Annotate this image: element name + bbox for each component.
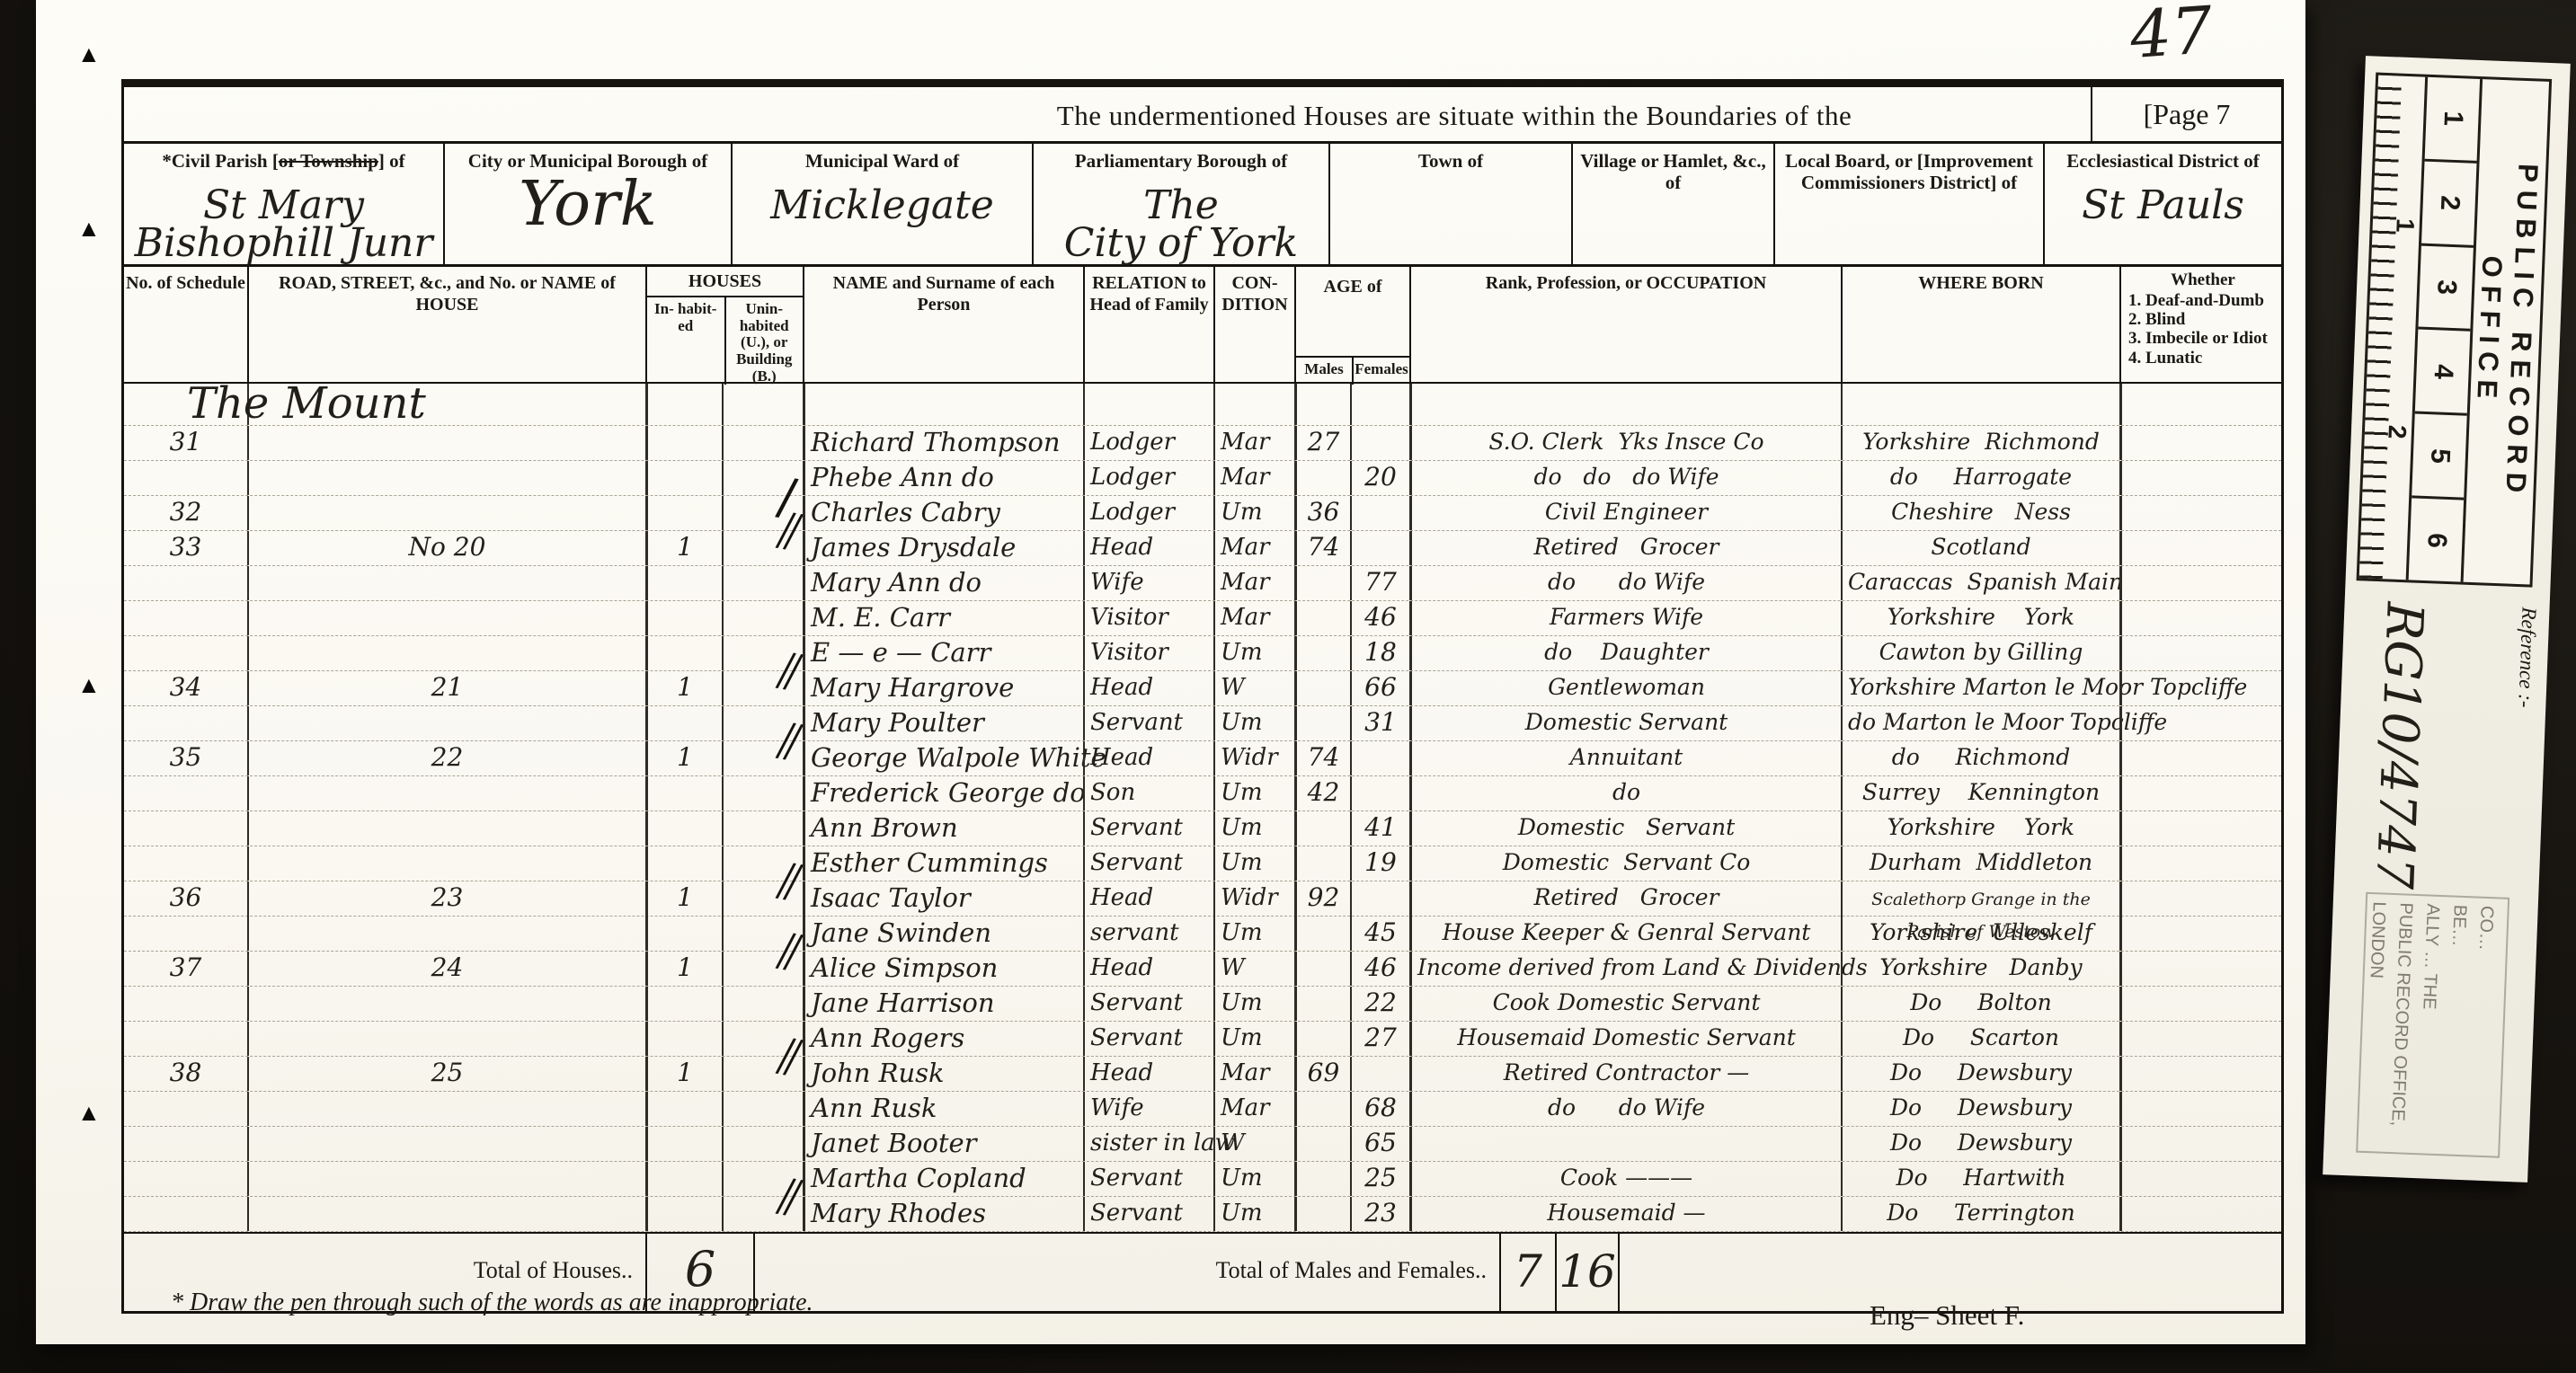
cell-infirmity (2119, 952, 2281, 986)
total-females-value: 16 (1555, 1234, 1618, 1311)
table-row: Ann Rogers Servant Um 27 Housemaid Domes… (124, 1022, 2281, 1057)
cell-occupation: Annuitant (1409, 741, 1841, 775)
table-row: 35 22 1 George Walpole White⫽ Head Widr … (124, 741, 2281, 776)
cell-age-female: 41 (1350, 811, 1409, 846)
cell-relation: Wife (1083, 566, 1213, 600)
total-males-value: 7 (1499, 1234, 1555, 1311)
ruler-number: 6 (2421, 532, 2452, 548)
cell-occupation: Retired Contractor — (1409, 1057, 1841, 1091)
cell-age-female: 22 (1350, 987, 1409, 1021)
district-value: St Pauls (2045, 187, 2281, 225)
cell-occupation: House Keeper & Genral Servant (1409, 917, 1841, 951)
cell-occupation: do do Wife (1409, 1092, 1841, 1126)
cell-born: do Harrogate (1841, 461, 2119, 495)
cell-house (247, 636, 645, 670)
cell-condition: Um (1213, 496, 1294, 530)
cell-occupation: Farmers Wife (1409, 601, 1841, 635)
cell-occupation: Domestic Servant (1409, 706, 1841, 740)
cell-occupation: Domestic Servant Co (1409, 846, 1841, 881)
cell-house: 22 (247, 741, 645, 775)
cell-born: Caraccas Spanish Main (1841, 566, 2119, 600)
cell-age-female (1350, 1057, 1409, 1091)
cell-infirmity (2119, 426, 2281, 460)
cell-name: Martha Copland (803, 1162, 1083, 1196)
cell-schedule: 38 (124, 1057, 247, 1091)
cell-born: do Marton le Moor Topcliffe (1841, 706, 2119, 740)
cell-infirmity (2119, 1092, 2281, 1126)
ruler: 12 123456 PUBLIC RECORD OFFICE (2357, 73, 2553, 588)
cell-occupation: Retired Grocer (1409, 531, 1841, 565)
cell-age-male: 74 (1294, 741, 1350, 775)
district-field: Ecclesiastical District ofSt Pauls (2043, 144, 2281, 264)
cell-inhabited: 1 (645, 952, 722, 986)
cell-relation: Lodger (1083, 426, 1213, 460)
cell-relation: Visitor (1083, 601, 1213, 635)
cell-house (247, 601, 645, 635)
cell-name: James Drysdale⫽ (803, 531, 1083, 565)
cell-condition: Um (1213, 1022, 1294, 1056)
reference-number: RG10/4747 (2364, 601, 2433, 890)
margin-arrow-icon: ▲ (77, 674, 101, 697)
street-name: The Mount (187, 378, 426, 429)
sheet-label: Eng– Sheet F. (1870, 1299, 2024, 1332)
cell-house (247, 846, 645, 881)
cell-inhabited: 1 (645, 1057, 722, 1091)
infirmity-item: 2. Blind (2128, 310, 2278, 329)
margin-arrow-icon: ▲ (77, 43, 101, 66)
cell-relation: Head (1083, 952, 1213, 986)
cell-age-male (1294, 706, 1350, 740)
cell-condition: Mar (1213, 566, 1294, 600)
cell-schedule (124, 1022, 247, 1056)
cell-inhabited: 1 (645, 531, 722, 565)
cell-name: Mary Rhodes⫽ (803, 1197, 1083, 1231)
table-row: E — e — Carr Visitor Um 18 do Daughter C… (124, 636, 2281, 671)
cell-infirmity (2119, 1197, 2281, 1231)
cell-age-male (1294, 1022, 1350, 1056)
col-header-inhabited: In- habit- ed (647, 297, 724, 385)
table-row: 34 21 1 Mary Hargrove⫽ Head W 66 Gentlew… (124, 671, 2281, 706)
cell-house (247, 987, 645, 1021)
cell-infirmity (2119, 636, 2281, 670)
scanned-census-photograph: 47 The undermentioned Houses are situate… (0, 0, 2576, 1373)
reference-label: Reference :- (2513, 607, 2540, 708)
cell-house (247, 776, 645, 811)
cell-age-male (1294, 671, 1350, 705)
cell-condition: Um (1213, 706, 1294, 740)
cell-age-male: 69 (1294, 1057, 1350, 1091)
cell-name: E — e — Carr (803, 636, 1083, 670)
cell-inhabited (645, 706, 722, 740)
cell-relation: Head (1083, 531, 1213, 565)
cell-condition: Mar (1213, 531, 1294, 565)
cell-age-female: 25 (1350, 1162, 1409, 1196)
cell-name: Ann Brown (803, 811, 1083, 846)
cell-relation: Servant (1083, 987, 1213, 1021)
cell-age-female (1350, 531, 1409, 565)
cell-inhabited (645, 1197, 722, 1231)
cell-name: Richard Thompson (803, 426, 1083, 460)
cell-infirmity (2119, 1127, 2281, 1161)
inch-number: 2 (2382, 424, 2412, 439)
cell-schedule (124, 706, 247, 740)
col-header-males: Males (1296, 358, 1352, 385)
cell-occupation: Income derived from Land & Dividends (1409, 952, 1841, 986)
cell-schedule: 34 (124, 671, 247, 705)
cell-relation: Servant (1083, 811, 1213, 846)
cell-occupation (1409, 1127, 1841, 1161)
cell-schedule: 32 (124, 496, 247, 530)
cell-born: Yorkshire York (1841, 601, 2119, 635)
cell-infirmity (2119, 811, 2281, 846)
cell-schedule (124, 811, 247, 846)
cell-condition: Widr (1213, 741, 1294, 775)
cell-age-male (1294, 601, 1350, 635)
cell-name: Ann Rogers (803, 1022, 1083, 1056)
census-page: 47 The undermentioned Houses are situate… (36, 0, 2305, 1344)
cell-name: Mary Poulter (803, 706, 1083, 740)
cell-inhabited (645, 636, 722, 670)
district-label: *Civil Parish [or Township] of (124, 150, 443, 172)
cell-infirmity (2119, 496, 2281, 530)
cell-schedule (124, 601, 247, 635)
table-row: Phebe Ann do Lodger Mar 20 do do do Wife… (124, 461, 2281, 496)
cell-inhabited (645, 987, 722, 1021)
cell-house (247, 1022, 645, 1056)
col-header-uninhabited: Unin- habited (U.), or Building (B.) (724, 297, 804, 385)
cell-age-male: 27 (1294, 426, 1350, 460)
footnote: * Draw the pen through such of the words… (171, 1289, 813, 1317)
cell-age-male: 42 (1294, 776, 1350, 811)
cell-schedule: 33 (124, 531, 247, 565)
cell-occupation: do do do Wife (1409, 461, 1841, 495)
cell-name: Esther Cummings (803, 846, 1083, 881)
cell-age-female (1350, 496, 1409, 530)
cell-relation: sister in law (1083, 1127, 1213, 1161)
col-header-born: WHERE BORN (1841, 267, 2119, 385)
cell-house (247, 426, 645, 460)
table-row: Mary Rhodes⫽ Servant Um 23 Housemaid — D… (124, 1197, 2281, 1232)
cell-relation: servant (1083, 917, 1213, 951)
cell-schedule (124, 1092, 247, 1126)
cell-house (247, 1092, 645, 1126)
cell-occupation: do (1409, 776, 1841, 811)
heading-band: The undermentioned Houses are situate wi… (124, 87, 2281, 144)
cell-occupation: S.O. Clerk Yks Insce Co (1409, 426, 1841, 460)
district-field: City or Municipal Borough ofYork (443, 144, 731, 264)
cell-infirmity (2119, 1162, 2281, 1196)
district-label: Parliamentary Borough of (1034, 150, 1328, 172)
cell-occupation: Housemaid — (1409, 1197, 1841, 1231)
cell-house (247, 461, 645, 495)
infirmity-item: 3. Imbecile or Idiot (2128, 329, 2278, 348)
cell-uninhabited (722, 776, 803, 811)
cell-condition: Mar (1213, 426, 1294, 460)
cell-born: Yorkshire Ulleskelf (1841, 917, 2119, 951)
district-value: St MaryBishophill Junr (124, 187, 443, 262)
table-row: 33 No 20 1 James Drysdale⫽ Head Mar 74 R… (124, 531, 2281, 566)
cell-uninhabited (722, 1127, 803, 1161)
ruler-cell: 4 (2415, 330, 2471, 416)
cell-name: Jane Swinden (803, 917, 1083, 951)
margin-arrow-icon: ▲ (77, 1102, 101, 1125)
cell-name: Mary Hargrove⫽ (803, 671, 1083, 705)
cell-infirmity (2119, 776, 2281, 811)
table-row: Mary Poulter Servant Um 31 Domestic Serv… (124, 706, 2281, 741)
cell-schedule (124, 917, 247, 951)
cell-house (247, 1127, 645, 1161)
cell-house (247, 706, 645, 740)
cell-age-male (1294, 987, 1350, 1021)
table-row: 37 24 1 Alice Simpson⫽ Head W 46 Income … (124, 952, 2281, 987)
table-row: Esther Cummings Servant Um 19 Domestic S… (124, 846, 2281, 881)
cell-occupation: Cook Domestic Servant (1409, 987, 1841, 1021)
cell-infirmity (2119, 601, 2281, 635)
cell-born: Yorkshire Danby (1841, 952, 2119, 986)
cell-schedule (124, 1127, 247, 1161)
cell-name: Janet Booter (803, 1127, 1083, 1161)
cell-inhabited (645, 1127, 722, 1161)
cell-inhabited (645, 846, 722, 881)
cell-uninhabited (722, 601, 803, 635)
cell-age-male (1294, 1092, 1350, 1126)
cell-name: George Walpole White⫽ (803, 741, 1083, 775)
cell-relation: Head (1083, 671, 1213, 705)
district-label: Village or Hamlet, &c., of (1573, 150, 1773, 193)
cell-infirmity (2119, 846, 2281, 881)
table-row: Ann Brown Servant Um 41 Domestic Servant… (124, 811, 2281, 846)
cell-infirmity (2119, 706, 2281, 740)
cell-condition: Um (1213, 1162, 1294, 1196)
district-value: Micklegate (733, 187, 1032, 225)
cell-age-female (1350, 741, 1409, 775)
cell-occupation: Gentlewoman (1409, 671, 1841, 705)
table-row: Mary Ann do Wife Mar 77 do do Wife Carac… (124, 566, 2281, 601)
table-row: 32 Charles Cabry∕ Lodger Um 36 Civil Eng… (124, 496, 2281, 531)
cell-name: Jane Harrison (803, 987, 1083, 1021)
cell-infirmity (2119, 671, 2281, 705)
table-row: 36 23 1 Isaac Taylor⫽ Head Widr 92 Retir… (124, 881, 2281, 917)
pro-stamp: CO…BE…ALLY … THEPUBLIC RECORD OFFICE, LO… (2356, 892, 2509, 1158)
cell-age-female: 23 (1350, 1197, 1409, 1231)
cell-infirmity (2119, 741, 2281, 775)
ruler-number: 2 (2433, 195, 2465, 211)
cell-schedule: 37 (124, 952, 247, 986)
col-header-schedule: No. of Schedule (124, 267, 247, 385)
cell-inhabited (645, 461, 722, 495)
cell-condition: Mar (1213, 1057, 1294, 1091)
cell-age-male (1294, 952, 1350, 986)
cell-house: 21 (247, 671, 645, 705)
ruler-cell: 5 (2412, 414, 2467, 500)
cell-inhabited (645, 496, 722, 530)
cell-house: 25 (247, 1057, 645, 1091)
cell-occupation: Domestic Servant (1409, 811, 1841, 846)
page-number-label: [Page 7 (2091, 87, 2281, 141)
cell-born: Durham Middleton (1841, 846, 2119, 881)
cell-occupation: Housemaid Domestic Servant (1409, 1022, 1841, 1056)
cell-schedule (124, 566, 247, 600)
cell-uninhabited (722, 1092, 803, 1126)
infirmity-item: 4. Lunatic (2128, 349, 2278, 368)
cell-born: Do Dewsbury (1841, 1092, 2119, 1126)
public-record-office-card: 12 123456 PUBLIC RECORD OFFICE Reference… (2323, 56, 2571, 1183)
col-header-relation: RELATION to Head of Family (1083, 267, 1213, 385)
cell-age-male (1294, 636, 1350, 670)
cell-schedule (124, 1197, 247, 1231)
cell-age-female: 18 (1350, 636, 1409, 670)
cell-infirmity (2119, 1057, 2281, 1091)
cell-born: Do Dewsbury (1841, 1127, 2119, 1161)
cell-condition: Um (1213, 636, 1294, 670)
district-label: Town of (1330, 150, 1571, 172)
cell-uninhabited (722, 987, 803, 1021)
col-header-condition: CON- DITION (1213, 267, 1294, 385)
cell-relation: Lodger (1083, 496, 1213, 530)
district-field: Parliamentary Borough ofTheCity of York (1032, 144, 1328, 264)
cell-condition: Um (1213, 1197, 1294, 1231)
cell-inhabited (645, 1092, 722, 1126)
cell-condition: Um (1213, 987, 1294, 1021)
cell-infirmity (2119, 987, 2281, 1021)
cell-occupation: Cook ——— (1409, 1162, 1841, 1196)
cell-uninhabited (722, 811, 803, 846)
cell-condition: Mar (1213, 1092, 1294, 1126)
margin-arrow-icon: ▲ (77, 217, 101, 241)
cell-condition: Mar (1213, 461, 1294, 495)
cell-condition: Um (1213, 917, 1294, 951)
inch-number: 1 (2390, 217, 2420, 233)
table-row: Janet Booter sister in law W 65 Do Dewsb… (124, 1127, 2281, 1162)
cell-age-female (1350, 776, 1409, 811)
reference-zone: Reference :- RG10/4747 CO…BE…ALLY … THEP… (2323, 595, 2549, 1177)
district-field: Town of (1328, 144, 1571, 264)
district-label: Local Board, or [Improvement Commissione… (1775, 150, 2043, 193)
cell-condition: W (1213, 1127, 1294, 1161)
cell-house (247, 1162, 645, 1196)
cell-infirmity (2119, 461, 2281, 495)
cell-relation: Servant (1083, 846, 1213, 881)
cell-age-female: 45 (1350, 917, 1409, 951)
cell-born: Do Scarton (1841, 1022, 2119, 1056)
cell-house (247, 1197, 645, 1231)
district-field: *Civil Parish [or Township] ofSt MaryBis… (124, 144, 443, 264)
cell-inhabited (645, 601, 722, 635)
district-field: Municipal Ward ofMicklegate (731, 144, 1032, 264)
district-label: Municipal Ward of (733, 150, 1032, 172)
cell-relation: Son (1083, 776, 1213, 811)
cell-house: No 20 (247, 531, 645, 565)
cell-condition: Um (1213, 846, 1294, 881)
cell-name: Ann Rusk (803, 1092, 1083, 1126)
district-field: Local Board, or [Improvement Commissione… (1773, 144, 2043, 264)
cell-schedule (124, 846, 247, 881)
table-header: No. of Schedule ROAD, STREET, &c., and N… (124, 267, 2281, 384)
cell-age-male (1294, 1162, 1350, 1196)
cell-uninhabited (722, 566, 803, 600)
total-males-females-label: Total of Males and Females.. (755, 1234, 1499, 1311)
ruler-number: 4 (2427, 364, 2458, 380)
cell-born: Do Bolton (1841, 987, 2119, 1021)
cell-schedule (124, 636, 247, 670)
cell-born: Do Hartwith (1841, 1162, 2119, 1196)
cell-name: John Rusk⫽ (803, 1057, 1083, 1091)
cell-relation: Visitor (1083, 636, 1213, 670)
cell-inhabited (645, 1162, 722, 1196)
cell-born: Yorkshire Richmond (1841, 426, 2119, 460)
cell-age-male (1294, 566, 1350, 600)
cell-relation: Lodger (1083, 461, 1213, 495)
cell-born: Surrey Kennington (1841, 776, 2119, 811)
cell-age-female: 31 (1350, 706, 1409, 740)
street-heading-row: The Mount (124, 384, 2281, 426)
table-row: Jane Harrison Servant Um 22 Cook Domesti… (124, 987, 2281, 1022)
cell-age-male (1294, 461, 1350, 495)
cell-house (247, 917, 645, 951)
cell-born: Yorkshire Marton le Moor Topcliffe (1841, 671, 2119, 705)
cell-inhabited (645, 566, 722, 600)
district-field: Village or Hamlet, &c., of (1571, 144, 1773, 264)
cell-age-female: 66 (1350, 671, 1409, 705)
ruler-number: 5 (2424, 447, 2456, 464)
cell-age-female (1350, 426, 1409, 460)
infirmity-item: 1. Deaf-and-Dumb (2128, 291, 2278, 310)
cell-age-female: 19 (1350, 846, 1409, 881)
cell-age-female: 20 (1350, 461, 1409, 495)
cell-relation: Servant (1083, 1022, 1213, 1056)
table-row: Jane Swinden servant Um 45 House Keeper … (124, 917, 2281, 952)
cell-inhabited (645, 811, 722, 846)
ruler-number: 1 (2437, 111, 2468, 127)
cell-uninhabited (722, 426, 803, 460)
cell-occupation: do do Wife (1409, 566, 1841, 600)
cell-schedule (124, 987, 247, 1021)
ruler-cell: 6 (2409, 499, 2464, 582)
cell-age-female: 68 (1350, 1092, 1409, 1126)
cell-age-female: 46 (1350, 952, 1409, 986)
table-row: 31 Richard Thompson Lodger Mar 27 S.O. C… (124, 426, 2281, 461)
cell-name: Mary Ann do (803, 566, 1083, 600)
cell-name: Phebe Ann do (803, 461, 1083, 495)
cell-inhabited (645, 1022, 722, 1056)
cell-age-female: 77 (1350, 566, 1409, 600)
cell-name: M. E. Carr (803, 601, 1083, 635)
cell-age-female: 65 (1350, 1127, 1409, 1161)
cell-age-male (1294, 846, 1350, 881)
census-form-border: The undermentioned Houses are situate wi… (121, 79, 2284, 1314)
cell-infirmity (2119, 531, 2281, 565)
cell-born: Do Terrington (1841, 1197, 2119, 1231)
cell-age-male (1294, 811, 1350, 846)
cell-condition: Um (1213, 776, 1294, 811)
district-value: York (445, 176, 731, 235)
cell-relation: Head (1083, 1057, 1213, 1091)
form-heading: The undermentioned Houses are situate wi… (1057, 100, 1852, 132)
col-header-road: ROAD, STREET, &c., and No. or NAME of HO… (247, 267, 645, 385)
cell-infirmity (2119, 1022, 2281, 1056)
cell-house (247, 566, 645, 600)
cell-relation: Servant (1083, 1162, 1213, 1196)
cell-born: Cheshire Ness (1841, 496, 2119, 530)
cell-age-male (1294, 1197, 1350, 1231)
col-header-age: AGE of Males Females (1294, 267, 1409, 385)
cell-name: Alice Simpson⫽ (803, 952, 1083, 986)
cell-schedule: 35 (124, 741, 247, 775)
cell-schedule (124, 776, 247, 811)
cell-age-male: 74 (1294, 531, 1350, 565)
cell-inhabited: 1 (645, 671, 722, 705)
district-label: Ecclesiastical District of (2045, 150, 2281, 172)
